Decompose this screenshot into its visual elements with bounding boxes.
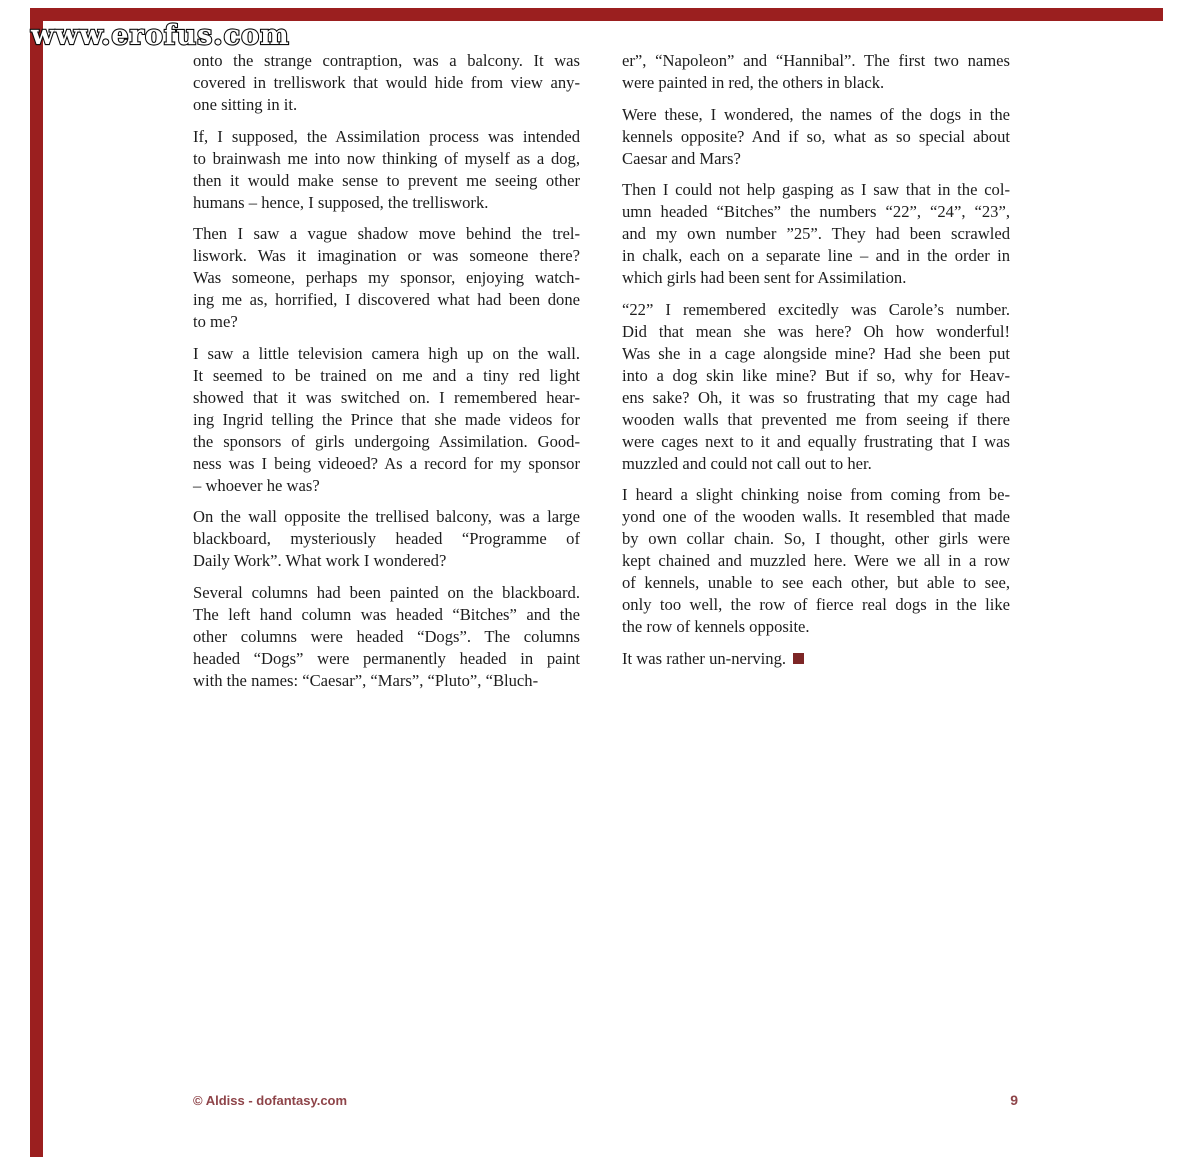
text-line: by own collar chain. So, I thought, othe… — [622, 528, 1010, 550]
footer-copyright: © Aldiss - dofantasy.com — [193, 1093, 347, 1108]
text-line: Were these, I wondered, the names of the… — [622, 104, 1010, 126]
text-line: ens sake? Oh, it was so frustrating that… — [622, 387, 1010, 409]
text-line: Was someone, perhaps my sponsor, enjoyin… — [193, 267, 580, 289]
text-line: were painted in red, the others in black… — [622, 72, 1010, 94]
text-line: in chalk, each on a separate line – and … — [622, 245, 1010, 267]
text-line: the sponsors of girls undergoing Assimil… — [193, 431, 580, 453]
text-line: muzzled and could not call out to her. — [622, 453, 1010, 475]
text-line: wooden walls that prevented me from seei… — [622, 409, 1010, 431]
text-line: “22” I remembered excitedly was Carole’s… — [622, 299, 1010, 321]
paragraph: Then I saw a vague shadow move behind th… — [193, 223, 580, 333]
text-line: covered in trelliswork that would hide f… — [193, 72, 580, 94]
text-line: er”, “Napoleon” and “Hannibal”. The firs… — [622, 50, 1010, 72]
paragraph: Then I could not help gasping as I saw t… — [622, 179, 1010, 289]
text-line: showed that it was switched on. I rememb… — [193, 387, 580, 409]
text-line: to me? — [193, 311, 580, 333]
watermark: www.erofus.com — [31, 20, 290, 51]
text-line: humans – hence, I supposed, the trellisw… — [193, 192, 580, 214]
text-line: which girls had been sent for Assimilati… — [622, 267, 1010, 289]
text-line: the row of kennels opposite. — [622, 616, 1010, 638]
text-line: It was rather un-nerving. — [622, 648, 1010, 670]
page-left-border — [30, 8, 43, 1157]
text-line: umn headed “Bitches” the numbers “22”, “… — [622, 201, 1010, 223]
text-column-left: onto the strange contraption, was a balc… — [193, 50, 580, 692]
text-line: blackboard, mysteriously headed “Program… — [193, 528, 580, 550]
text-line: I heard a slight chinking noise from com… — [622, 484, 1010, 506]
text-line: headed “Dogs” were permanently headed in… — [193, 648, 580, 670]
paragraph: I heard a slight chinking noise from com… — [622, 484, 1010, 638]
text-line: to brainwash me into now thinking of mys… — [193, 148, 580, 170]
text-line: and my own number ”25”. They had been sc… — [622, 223, 1010, 245]
text-line: of kennels, unable to see each other, bu… — [622, 572, 1010, 594]
paragraph: “22” I remembered excitedly was Carole’s… — [622, 299, 1010, 475]
text-line: then it would make sense to prevent me s… — [193, 170, 580, 192]
paragraph: Were these, I wondered, the names of the… — [622, 104, 1010, 170]
text-line: If, I supposed, the Assimilation process… — [193, 126, 580, 148]
text-line: – whoever he was? — [193, 475, 580, 497]
document-page: www.erofus.com onto the strange contrapt… — [0, 0, 1200, 1157]
paragraph: On the wall opposite the trellised balco… — [193, 506, 580, 572]
paragraph: Several columns had been painted on the … — [193, 582, 580, 692]
text-line: Then I could not help gasping as I saw t… — [622, 179, 1010, 201]
text-line: Then I saw a vague shadow move behind th… — [193, 223, 580, 245]
text-line: Daily Work”. What work I wondered? — [193, 550, 580, 572]
text-line: ing me as, horrified, I discovered what … — [193, 289, 580, 311]
paragraph: I saw a little television camera high up… — [193, 343, 580, 497]
text-line: Caesar and Mars? — [622, 148, 1010, 170]
text-line: with the names: “Caesar”, “Mars”, “Pluto… — [193, 670, 580, 692]
paragraph: If, I supposed, the Assimilation process… — [193, 126, 580, 214]
text-line: The left hand column was headed “Bitches… — [193, 604, 580, 626]
text-line: ing Ingrid telling the Prince that she m… — [193, 409, 580, 431]
paragraph: er”, “Napoleon” and “Hannibal”. The firs… — [622, 50, 1010, 94]
text-line: other columns were headed “Dogs”. The co… — [193, 626, 580, 648]
text-line: I saw a little television camera high up… — [193, 343, 580, 365]
text-line: onto the strange contraption, was a balc… — [193, 50, 580, 72]
text-line: into a dog skin like mine? But if so, wh… — [622, 365, 1010, 387]
text-line: yond one of the wooden walls. It resembl… — [622, 506, 1010, 528]
text-line: ness was I being videoed? As a record fo… — [193, 453, 580, 475]
paragraph: It was rather un-nerving. — [622, 648, 1010, 670]
text-line: kennels opposite? And if so, what as so … — [622, 126, 1010, 148]
text-line: only too well, the row of fierce real do… — [622, 594, 1010, 616]
text-line: It seemed to be trained on me and a tiny… — [193, 365, 580, 387]
text-line: Several columns had been painted on the … — [193, 582, 580, 604]
text-column-right: er”, “Napoleon” and “Hannibal”. The firs… — [622, 50, 1010, 670]
text-line: were cages next to it and equally frustr… — [622, 431, 1010, 453]
text-line: On the wall opposite the trellised balco… — [193, 506, 580, 528]
text-line: one sitting in it. — [193, 94, 580, 116]
text-line: Did that mean she was here? Oh how wonde… — [622, 321, 1010, 343]
text-line: liswork. Was it imagination or was someo… — [193, 245, 580, 267]
text-line: kept chained and muzzled here. Were we a… — [622, 550, 1010, 572]
end-of-story-mark — [793, 653, 804, 664]
paragraph: onto the strange contraption, was a balc… — [193, 50, 580, 116]
text-line: Was she in a cage alongside mine? Had sh… — [622, 343, 1010, 365]
page-number: 9 — [950, 1092, 1018, 1108]
